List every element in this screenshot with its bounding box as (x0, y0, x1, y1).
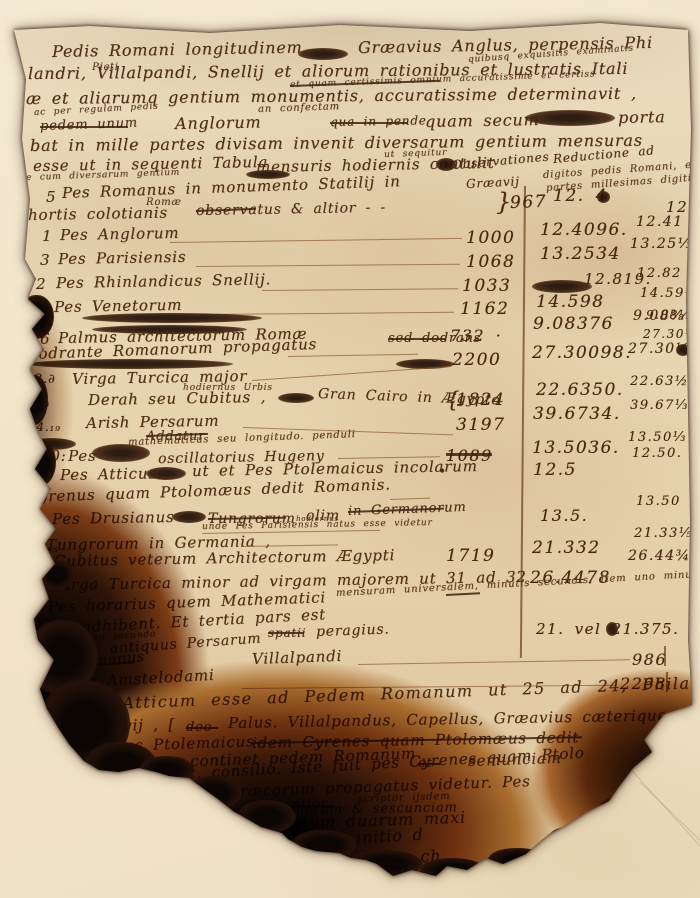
leader-line (196, 264, 460, 267)
digit-value: 9.08376 (533, 314, 614, 334)
observation-value: 1162 (460, 299, 509, 319)
row-label: Pes Drusianus (52, 508, 175, 528)
struck-word: acta (128, 824, 159, 839)
digit-value: 14.598 (536, 292, 604, 312)
stray-fraction-value: 27.30⅒ (643, 327, 700, 341)
burn-mark (348, 850, 422, 878)
ink-blot (82, 313, 262, 323)
intro-line: Pedis Romani longitudinem (52, 38, 303, 61)
observation-value: 986 (632, 650, 667, 669)
fraction-value: 12.41 (636, 214, 684, 230)
ink-dot: • (438, 464, 447, 480)
intro-line: quam secum (425, 110, 540, 131)
digit-value: 22.6350. (536, 380, 624, 400)
leader-line (390, 498, 430, 500)
leader-line (262, 288, 458, 291)
strikethrough-mark (388, 338, 446, 340)
row-number: 5 (46, 188, 56, 206)
fraction-value: 22.63½ (630, 374, 689, 389)
fraction-value: 26.44¾. (628, 548, 697, 564)
fraction-value: 9.08⅜ (633, 308, 685, 324)
row-number: 2 (36, 275, 46, 293)
burn-mark (22, 375, 48, 425)
row-number: 1 (42, 227, 52, 245)
interlinear-note: hodiernus (296, 515, 339, 523)
digit-value: 13.5036. (532, 438, 620, 458)
ink-blot (172, 511, 206, 523)
row-label: Pes Anglorum (60, 224, 180, 244)
ink-blot (298, 48, 348, 60)
row-label: Villalpandi (252, 647, 343, 668)
ink-blot (525, 110, 615, 126)
footer-line: Palus. Villalpandus, Capellus, Græavius … (228, 706, 667, 732)
ink-blot (606, 622, 618, 636)
burn-mark (598, 796, 650, 828)
interlinear-note: an confectam (258, 101, 340, 115)
row-number: 3 (40, 251, 50, 269)
digit-value: 12.4096. (540, 220, 628, 240)
struck-word: pedem unum (40, 116, 138, 134)
burn-mark (26, 440, 56, 486)
strikethrough-mark (268, 632, 304, 634)
burn-mark (664, 726, 700, 762)
burn-mark (140, 756, 194, 784)
tick-mark (664, 646, 666, 666)
observation-value: 3197 (456, 415, 505, 435)
ink-blot (146, 467, 186, 480)
intro-line: Anglorum (175, 112, 262, 133)
burn-mark (548, 826, 602, 854)
observation-value: 2200 (452, 350, 501, 370)
column-header-observations: Observationes (451, 150, 550, 172)
digit-value: 13.2534 (540, 244, 621, 264)
observation-value: 1068 (466, 252, 515, 272)
strikethrough-mark (446, 453, 492, 456)
leader-line (252, 366, 452, 381)
burn-mark (488, 848, 548, 874)
ink-blot (597, 191, 610, 203)
fraction-value: 13.50 (636, 494, 681, 509)
observation-value: 1719 (446, 546, 495, 566)
interlinear-note: Romæ (146, 197, 182, 208)
digit-value: 27.30098. (532, 343, 632, 363)
fraction-value: 12.82 (637, 266, 682, 281)
leader-line (288, 354, 418, 357)
digit-value: 13.5. (540, 506, 588, 525)
ink-blot (278, 393, 314, 403)
leader-line (358, 659, 630, 665)
observation-value: 967 (510, 192, 548, 213)
fraction-value: 12.50. (632, 446, 682, 461)
manuscript-photo: Pedis Romani longitudinem Græavius Anglu… (0, 0, 700, 898)
observation-value: 1033 (462, 276, 511, 296)
intro-line: bat in mille partes divisam invenit dive… (30, 131, 643, 155)
intro-line: porta (618, 107, 666, 127)
strikethrough-mark (128, 831, 162, 833)
strikethrough-mark (330, 122, 408, 124)
row-label: Pes Parisiensis (58, 248, 187, 268)
burn-mark (640, 756, 684, 796)
leader-line (170, 238, 462, 243)
interlinear-note: hodiernus Urbis (183, 383, 273, 393)
fraction-value: 13.25⅓ (630, 236, 693, 252)
row-label-continued: peragius. (316, 621, 390, 640)
manuscript-page: Pedis Romani longitudinem Græavius Anglu… (0, 0, 700, 898)
observation-value: 1000 (466, 228, 515, 248)
burned-paper-sheet: Pedis Romani longitudinem Græavius Anglu… (0, 0, 700, 898)
fraction-value: 13.50⅓ (628, 430, 687, 445)
strikethrough-mark (40, 126, 128, 128)
observation-value: 732 · (450, 326, 502, 345)
digit-value: 21.332 (532, 538, 600, 558)
digit-value: 39.6734. (533, 404, 621, 424)
fraction-value: 39.67⅓ (630, 398, 689, 413)
fraction-value: 14.59⅕ (640, 286, 699, 301)
fraction-value: 21.33⅕ (634, 526, 693, 541)
burn-mark (420, 858, 486, 884)
row-label: Pes Rhinlandicus Snellij. (56, 270, 271, 292)
strikethrough-mark (186, 727, 218, 729)
strikethrough-mark (446, 592, 480, 596)
footer-line: Francisco mandasse (92, 796, 214, 811)
observation-value: 1824 (456, 390, 505, 410)
ink-blot (676, 344, 690, 356)
margin-word: Higinus (70, 770, 131, 788)
row-number: 14.₁₉ (28, 420, 61, 434)
digit-value: 12.5 (533, 460, 577, 480)
